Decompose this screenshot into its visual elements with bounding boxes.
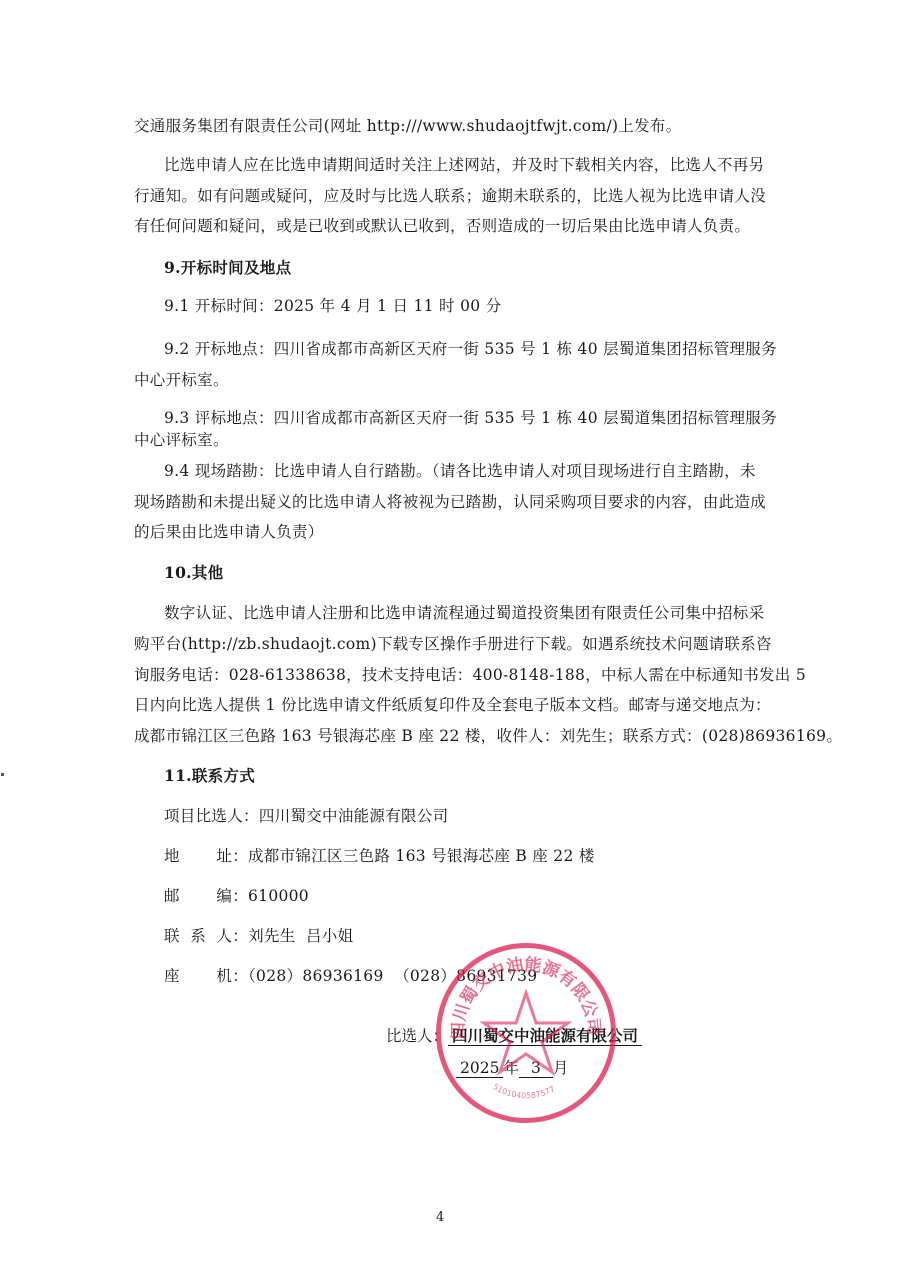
section-9-item-4-cont: 现场踏勘和未提出疑义的比选申请人将被视为已踏勘，认同采购项目要求的内容，由此造成 — [134, 492, 766, 512]
paragraph-line: 行通知。如有问题或疑问，应及时与比选人联系；逾期未联系的，比选人视为比选申请人没 — [134, 186, 766, 206]
signature-company: 四川蜀交中油能源有限公司 — [448, 1026, 642, 1046]
contact-phone: 座 机：（028）86936169 （028）86931739 — [164, 966, 537, 986]
signature-month: 3 — [519, 1059, 553, 1078]
section-9-item-4-cont: 的后果由比选申请人负责） — [134, 522, 324, 542]
month-unit: 月 — [553, 1059, 569, 1077]
contact-label: 联 系 人： — [164, 927, 248, 945]
section-10-heading: 10.其他 — [164, 563, 223, 583]
section-9-heading: 9.开标时间及地点 — [164, 258, 291, 278]
signature-year: 2025 — [456, 1059, 503, 1078]
signature-label: 比选人： — [386, 1027, 448, 1045]
section-9-item-3: 9.3 评标地点：四川省成都市高新区天府一街 535 号 1 栋 40 层蜀道集… — [164, 408, 777, 428]
paragraph-line: 有任何问题和疑问，或是已收到或默认已收到，否则造成的一切后果由比选申请人负责。 — [134, 216, 750, 236]
section-10-line: 询服务电话：028-61338638，技术支持电话：400-8148-188，中… — [134, 665, 806, 685]
section-10-line: 日内向比选人提供 1 份比选申请文件纸质复印件及全套电子版本文档。邮寄与递交地点… — [134, 695, 771, 715]
contact-purchaser: 项目比选人：四川蜀交中油能源有限公司 — [164, 806, 448, 826]
purchaser-label: 项目比选人： — [164, 807, 259, 825]
signature-line: 比选人：四川蜀交中油能源有限公司 — [386, 1026, 642, 1046]
year-unit: 年 — [503, 1059, 519, 1077]
phone-value: （028）86936169 （028）86931739 — [248, 967, 537, 985]
scan-speck — [1, 773, 4, 776]
section-9-item-3-cont: 中心评标室。 — [134, 430, 229, 450]
page-number: 4 — [436, 1210, 444, 1225]
svg-text:5101040587577: 5101040587577 — [491, 1082, 556, 1100]
section-9-item-2-cont: 中心开标室。 — [134, 370, 229, 390]
section-9-item-2: 9.2 开标地点：四川省成都市高新区天府一街 535 号 1 栋 40 层蜀道集… — [164, 339, 777, 359]
section-11-heading: 11.联系方式 — [164, 766, 255, 786]
section-10-line: 成都市锦江区三色路 163 号银海芯座 B 座 22 楼，收件人：刘先生；联系方… — [134, 726, 842, 746]
section-9-item-1: 9.1 开标时间：2025 年 4 月 1 日 11 时 00 分 — [164, 296, 501, 316]
address-label: 地 址： — [164, 847, 248, 865]
purchaser-value: 四川蜀交中油能源有限公司 — [259, 807, 449, 825]
section-9-item-4: 9.4 现场踏勘：比选申请人自行踏勘。（请各比选申请人对项目现场进行自主踏勘，未 — [164, 461, 756, 481]
section-10-line: 购平台(http://zb.shudaojt.com)下载专区操作手册进行下载。… — [134, 634, 772, 654]
contact-value: 刘先生 吕小姐 — [248, 927, 353, 945]
document-page: 交通服务集团有限责任公司(网址 http:///www.shudaojtfwjt… — [0, 0, 900, 1273]
signature-date: 2025年3月 — [456, 1058, 568, 1078]
postcode-value: 610000 — [248, 887, 309, 905]
postcode-label: 邮 编： — [164, 887, 248, 905]
phone-label: 座 机： — [164, 967, 248, 985]
contact-person: 联 系 人：刘先生 吕小姐 — [164, 926, 353, 946]
paragraph-line: 交通服务集团有限责任公司(网址 http:///www.shudaojtfwjt… — [134, 116, 682, 136]
contact-postcode: 邮 编：610000 — [164, 886, 309, 906]
contact-address: 地 址：成都市锦江区三色路 163 号银海芯座 B 座 22 楼 — [164, 846, 595, 866]
paragraph-line: 比选申请人应在比选申请期间适时关注上述网站，并及时下载相关内容，比选人不再另 — [164, 155, 764, 175]
section-10-line: 数字认证、比选申请人注册和比选申请流程通过蜀道投资集团有限责任公司集中招标采 — [164, 603, 764, 623]
address-value: 成都市锦江区三色路 163 号银海芯座 B 座 22 楼 — [248, 847, 595, 865]
